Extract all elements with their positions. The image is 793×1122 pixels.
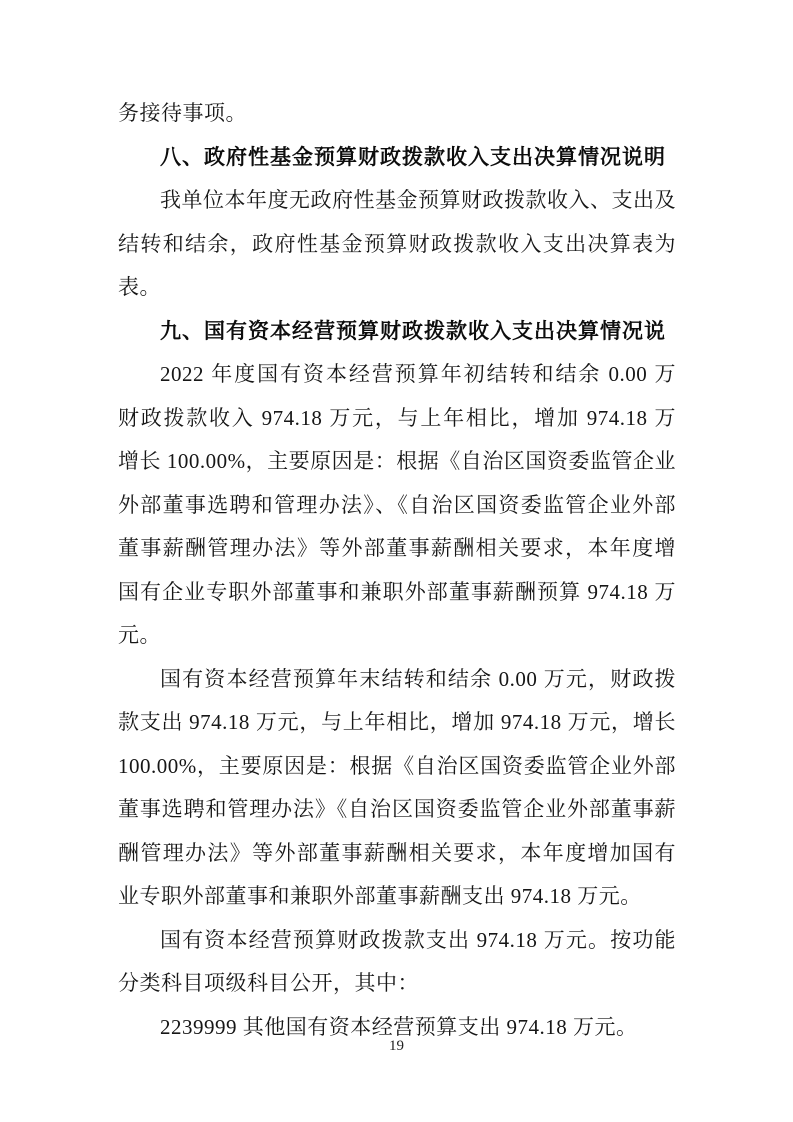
text-line: 董事薪酬管理办法》等外部董事薪酬相关要求，本年度增加 xyxy=(118,527,676,571)
text-line: 2022 年度国有资本经营预算年初结转和结余 0.00 万元， xyxy=(118,353,676,397)
text-line: 国有资本经营预算年末结转和结余 0.00 万元，财政拨 xyxy=(118,658,676,702)
text-line: 分类科目项级科目公开，其中： xyxy=(118,962,676,1006)
text-line: 我单位本年度无政府性基金预算财政拨款收入、支出及 xyxy=(118,179,676,223)
text-line: 国有资本经营预算财政拨款支出 974.18 万元。按功能 xyxy=(118,919,676,963)
page-number: 19 xyxy=(0,1036,793,1056)
document-page: 务接待事项。 八、政府性基金预算财政拨款收入支出决算情况说明 我单位本年度无政府… xyxy=(0,0,793,1122)
text-line: 酬管理办法》等外部董事薪酬相关要求，本年度增加国有企 xyxy=(118,832,676,876)
text-line: 增长 100.00%，主要原因是：根据《自治区国资委监管企业 xyxy=(118,440,676,484)
text-line: 董事选聘和管理办法》《自治区国资委监管企业外部董事薪 xyxy=(118,788,676,832)
section-heading-9: 九、国有资本经营预算财政拨款收入支出决算情况说明 xyxy=(118,310,676,354)
section-heading-8: 八、政府性基金预算财政拨款收入支出决算情况说明 xyxy=(118,136,676,180)
text-line: 100.00%，主要原因是：根据《自治区国资委监管企业外部 xyxy=(118,745,676,789)
text-line: 务接待事项。 xyxy=(118,92,676,136)
text-line: 外部董事选聘和管理办法》、《自治区国资委监管企业外部 xyxy=(118,484,676,528)
text-line: 业专职外部董事和兼职外部董事薪酬支出 974.18 万元。 xyxy=(118,875,676,919)
document-text-block: 务接待事项。 八、政府性基金预算财政拨款收入支出决算情况说明 我单位本年度无政府… xyxy=(118,92,676,1049)
text-line: 结转和结余，政府性基金预算财政拨款收入支出决算表为空 xyxy=(118,223,676,267)
text-line: 款支出 974.18 万元，与上年相比，增加 974.18 万元，增长 xyxy=(118,701,676,745)
text-line: 财政拨款收入 974.18 万元，与上年相比，增加 974.18 万元， xyxy=(118,397,676,441)
text-line: 表。 xyxy=(118,266,676,310)
text-line: 元。 xyxy=(118,614,676,658)
text-line: 国有企业专职外部董事和兼职外部董事薪酬预算 974.18 万 xyxy=(118,571,676,615)
